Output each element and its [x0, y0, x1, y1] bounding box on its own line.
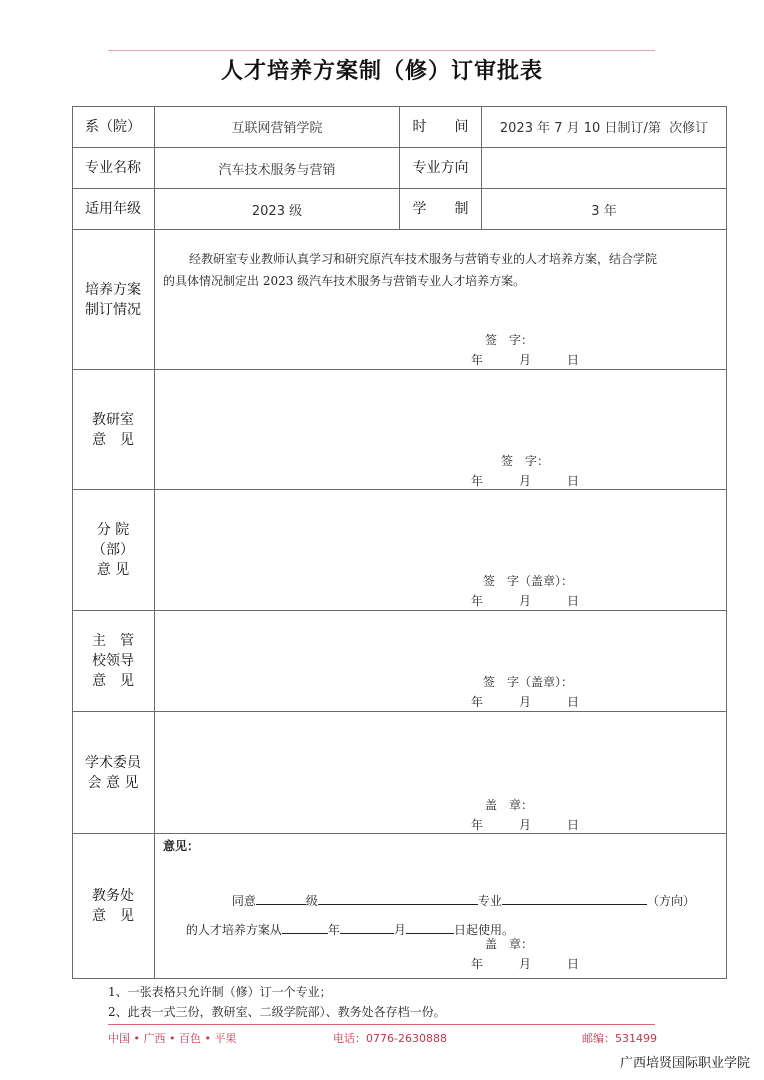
footer-rule [108, 1024, 655, 1025]
teaching-office-opinion[interactable]: 签 字： 年 月 日 [155, 370, 727, 490]
label-school-leader: 主 管 校领导 意 见 [72, 611, 155, 712]
date-line: 年 月 日 [471, 816, 579, 833]
value-major[interactable]: 汽车技术服务与营销 [155, 148, 400, 189]
date-line: 年 月 日 [471, 472, 579, 489]
date-line: 年 月 日 [471, 955, 579, 972]
label-department: 系（院） [72, 106, 155, 148]
opinion-heading: 意见： [163, 837, 199, 854]
label-grade: 适用年级 [72, 189, 155, 230]
signature-label: 签 字： [501, 452, 549, 469]
value-department[interactable]: 互联网营销学院 [155, 106, 400, 148]
signature-label: 签 字： [485, 331, 533, 348]
plan-status-content[interactable]: 经教研室专业教师认真学习和研究原汽车技术服务与营销专业的人才培养方案，结合学院的… [155, 230, 727, 370]
label-direction: 专业方向 [400, 148, 482, 189]
footer-phone: 电话：0776-2630888 [333, 1030, 447, 1046]
label-academic-committee: 学术委员 会 意 见 [72, 712, 155, 834]
school-leader-opinion[interactable]: 签 字（盖章）： 年 月 日 [155, 611, 727, 712]
academic-committee-opinion[interactable]: 盖 章： 年 月 日 [155, 712, 727, 834]
note-1: 1、一张表格只允许制（修）订一个专业； [108, 982, 446, 1002]
label-major: 专业名称 [72, 148, 155, 189]
grade-blank[interactable] [256, 890, 306, 905]
label-branch-college: 分 院 （部） 意 见 [72, 490, 155, 611]
month-blank[interactable] [340, 919, 394, 934]
signature-seal-label: 签 字（盖章）： [483, 673, 573, 690]
approval-line-2: 的人才培养方案从年月日起使用。 [163, 905, 514, 952]
signature-seal-label: 签 字（盖章）： [483, 572, 573, 589]
seal-label: 盖 章： [485, 935, 533, 952]
value-direction[interactable] [482, 148, 727, 189]
date-line: 年 月 日 [471, 592, 579, 609]
header-rule [108, 50, 655, 51]
label-time: 时 间 [400, 106, 482, 148]
note-2: 2、此表一式三份，教研室、二级学院部）、教务处各存档一份。 [108, 1002, 446, 1022]
label-duration: 学 制 [400, 189, 482, 230]
date-line: 年 月 日 [471, 693, 579, 710]
direction-blank[interactable] [502, 890, 647, 905]
school-name: 广西培贤国际职业学院 [620, 1052, 750, 1071]
value-grade[interactable]: 2023 级 [155, 189, 400, 230]
value-duration[interactable]: 3 年 [482, 189, 727, 230]
page-title: 人才培养方案制（修）订审批表 [0, 54, 764, 85]
plan-status-text: 经教研室专业教师认真学习和研究原汽车技术服务与营销专业的人才培养方案，结合学院的… [163, 248, 663, 292]
footer-address: 中国 • 广西 • 百色 • 平果 [108, 1030, 236, 1046]
label-teaching-office: 教研室 意 见 [72, 370, 155, 490]
footer-postcode: 邮编：531499 [582, 1030, 657, 1046]
major-blank[interactable] [318, 890, 478, 905]
value-time[interactable]: 2023 年 7 月 10 日制订/第 次修订 [482, 106, 727, 148]
day-blank[interactable] [406, 919, 454, 934]
label-academic-affairs: 教务处 意 见 [72, 834, 155, 979]
date-line: 年 月 日 [471, 351, 579, 368]
branch-college-opinion[interactable]: 签 字（盖章）： 年 月 日 [155, 490, 727, 611]
label-plan-status: 培养方案 制订情况 [72, 230, 155, 370]
seal-label: 盖 章： [485, 796, 533, 813]
academic-affairs-opinion[interactable]: 意见： 同意级专业（方向） 的人才培养方案从年月日起使用。 盖 章： 年 月 日 [155, 834, 727, 979]
approval-table: 系（院） 互联网营销学院 时 间 2023 年 7 月 10 日制订/第 次修订… [72, 106, 727, 979]
year-blank[interactable] [282, 919, 328, 934]
notes: 1、一张表格只允许制（修）订一个专业； 2、此表一式三份，教研室、二级学院部）、… [108, 982, 446, 1022]
